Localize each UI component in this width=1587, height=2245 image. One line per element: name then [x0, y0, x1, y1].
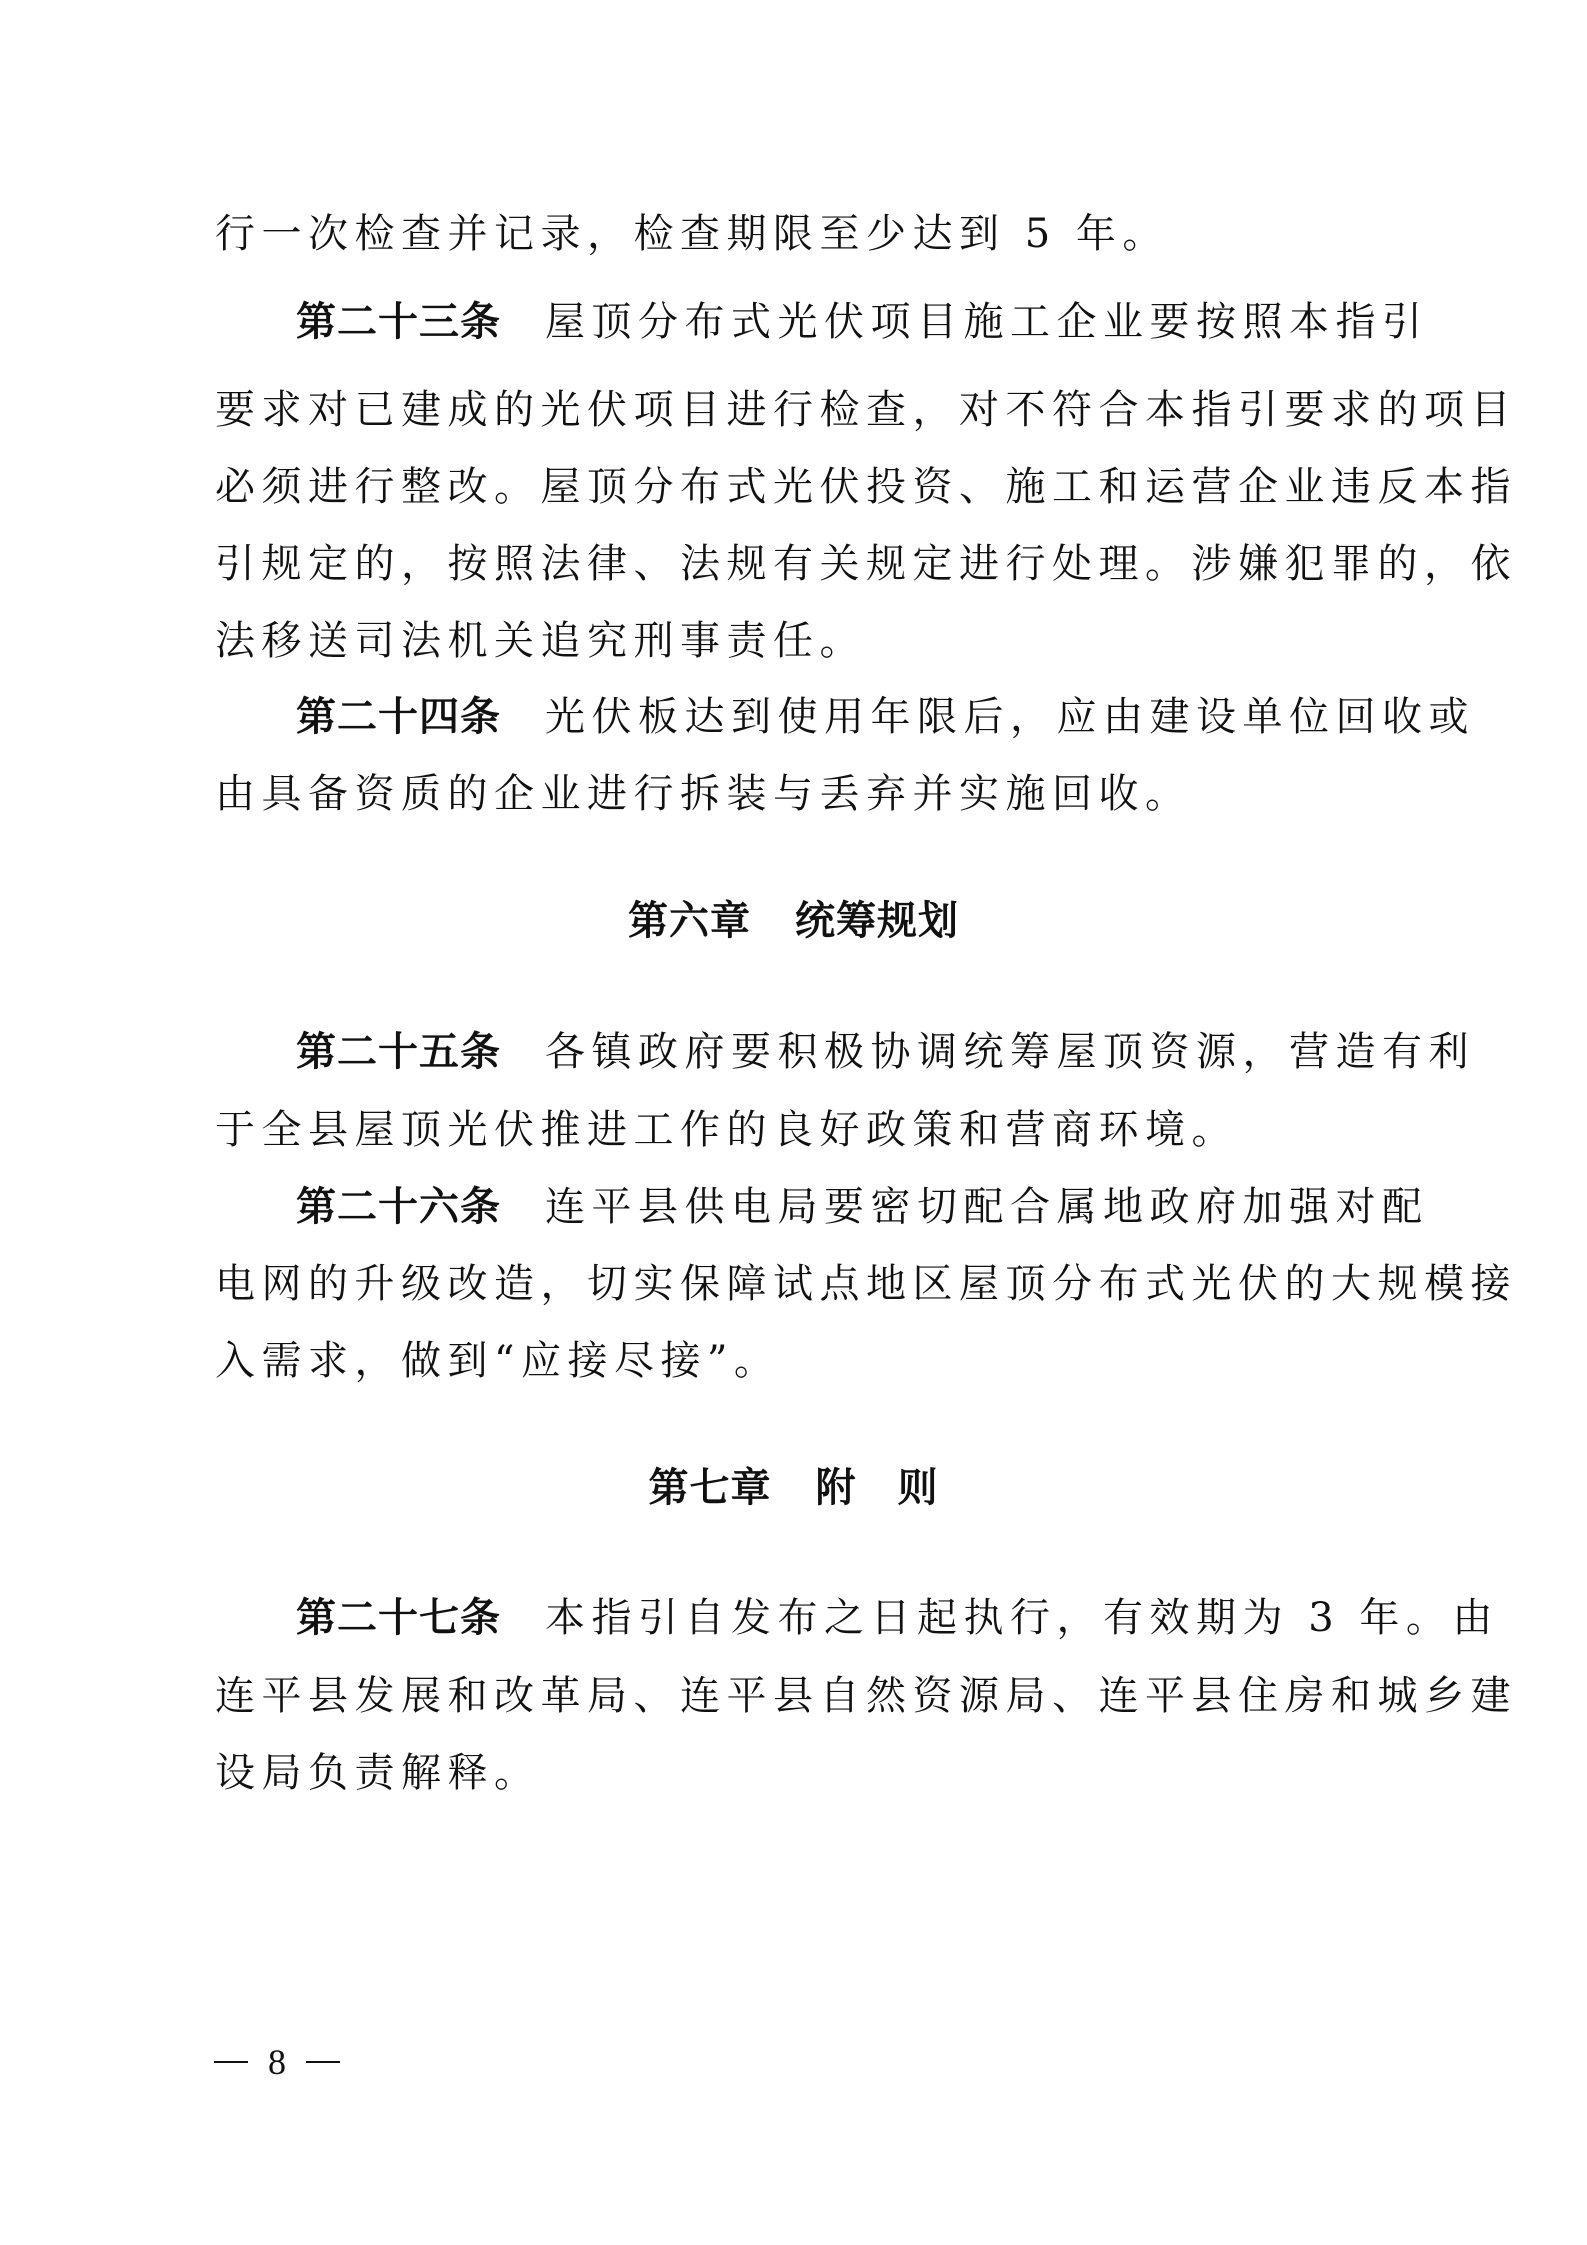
line-text: 行一次检查并记录，检查期限至少达到 5 年。 — [215, 211, 1169, 257]
page-number: 8 — [268, 2042, 286, 2082]
footer-dash-left — [214, 2061, 248, 2063]
line-text: 要求对已建成的光伏项目进行检查，对不符合本指引要求的项目 — [215, 387, 1517, 433]
chapter-heading-6: 第六章统筹规划 — [0, 897, 1587, 945]
article-25: 第二十五条各镇政府要积极协调统筹屋顶资源，营造有利 — [296, 1028, 1476, 1076]
article-label: 第二十七条 — [296, 1595, 501, 1641]
article-23: 第二十三条屋顶分布式光伏项目施工企业要按照本指引 — [296, 298, 1476, 346]
article-26: 第二十六条连平县供电局要密切配合属地政府加强对配 — [296, 1183, 1476, 1231]
body-line: 设局负责解释。 — [215, 1749, 1395, 1797]
body-line: 于全县屋顶光伏推进工作的良好政策和营商环境。 — [215, 1106, 1395, 1154]
line-text: 连平县发展和改革局、连平县自然资源局、连平县住房和城乡建 — [215, 1673, 1517, 1719]
body-line: 连平县发展和改革局、连平县自然资源局、连平县住房和城乡建 — [215, 1672, 1395, 1720]
line-text: 各镇政府要积极协调统筹屋顶资源，营造有利 — [545, 1029, 1475, 1075]
chapter-title: 统筹规划 — [795, 898, 959, 944]
line-text: 由具备资质的企业进行拆装与丢弃并实施回收。 — [215, 771, 1192, 817]
line-text: 本指引自发布之日起执行，有效期为 3 年。由 — [545, 1595, 1499, 1641]
body-line: 电网的升级改造，切实保障试点地区屋顶分布式光伏的大规模接 — [215, 1260, 1395, 1308]
line-text: 电网的升级改造，切实保障试点地区屋顶分布式光伏的大规模接 — [215, 1261, 1517, 1307]
line-text: 法移送司法机关追究刑事责任。 — [215, 618, 866, 664]
line-text: 必须进行整改。屋顶分布式光伏投资、施工和运营企业违反本指 — [215, 464, 1517, 510]
body-line: 必须进行整改。屋顶分布式光伏投资、施工和运营企业违反本指 — [215, 463, 1395, 511]
article-label: 第二十五条 — [296, 1029, 501, 1075]
article-label: 第二十四条 — [296, 694, 501, 740]
line-text: 连平县供电局要密切配合属地政府加强对配 — [545, 1184, 1429, 1230]
line-text: 设局负责解释。 — [215, 1750, 541, 1796]
line-text: 屋顶分布式光伏项目施工企业要按照本指引 — [545, 299, 1429, 345]
page-footer: 8 — [214, 2042, 340, 2082]
article-27: 第二十七条本指引自发布之日起执行，有效期为 3 年。由 — [296, 1594, 1476, 1642]
line-text: 光伏板达到使用年限后，应由建设单位回收或 — [545, 694, 1475, 740]
body-line: 法移送司法机关追究刑事责任。 — [215, 617, 1395, 665]
body-line: 由具备资质的企业进行拆装与丢弃并实施回收。 — [215, 770, 1395, 818]
article-24: 第二十四条光伏板达到使用年限后，应由建设单位回收或 — [296, 693, 1476, 741]
body-line: 引规定的，按照法律、法规有关规定进行处理。涉嫌犯罪的，依 — [215, 540, 1395, 588]
line-text: 引规定的，按照法律、法规有关规定进行处理。涉嫌犯罪的，依 — [215, 541, 1517, 587]
footer-dash-right — [306, 2061, 340, 2063]
chapter-heading-7: 第七章附 则 — [0, 1464, 1587, 1512]
body-line: 要求对已建成的光伏项目进行检查，对不符合本指引要求的项目 — [215, 386, 1395, 434]
article-label: 第二十六条 — [296, 1184, 501, 1230]
line-text: 于全县屋顶光伏推进工作的良好政策和营商环境。 — [215, 1107, 1238, 1153]
article-label: 第二十三条 — [296, 299, 501, 345]
chapter-number: 第七章 — [649, 1465, 772, 1511]
line-text: 入需求，做到“应接尽接”。 — [215, 1338, 780, 1384]
body-line: 入需求，做到“应接尽接”。 — [215, 1337, 1395, 1385]
document-page: 行一次检查并记录，检查期限至少达到 5 年。 第二十三条屋顶分布式光伏项目施工企… — [0, 0, 1587, 2245]
chapter-title: 附 则 — [816, 1465, 939, 1511]
body-line: 行一次检查并记录，检查期限至少达到 5 年。 — [215, 210, 1395, 258]
chapter-number: 第六章 — [628, 898, 751, 944]
